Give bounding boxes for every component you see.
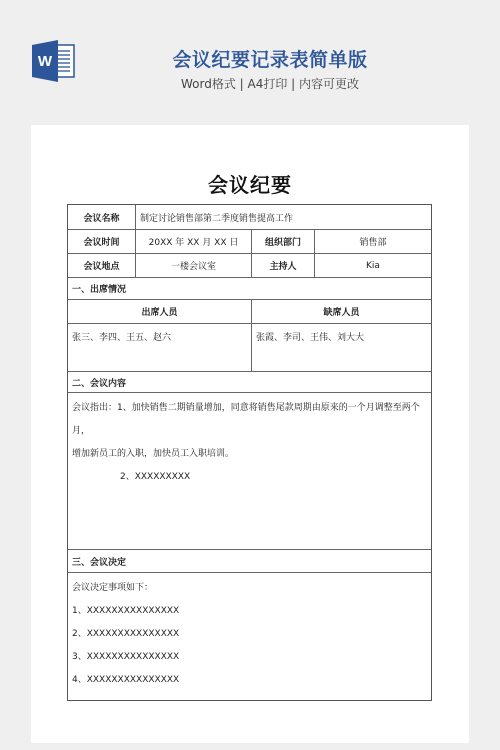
decision-item: 4、XXXXXXXXXXXXXXX	[72, 669, 427, 692]
present-label: 出席人员	[68, 300, 251, 323]
table-row: 出席人员 缺席人员	[68, 299, 431, 323]
meeting-decisions: 会议决定事项如下： 1、XXXXXXXXXXXXXXX 2、XXXXXXXXXX…	[68, 573, 431, 700]
minutes-table: 会议名称 制定讨论销售部第二季度销售提高工作 会议时间 20XX 年 XX 月 …	[67, 204, 432, 701]
meeting-place-label: 会议地点	[68, 254, 135, 277]
decision-item: 1、XXXXXXXXXXXXXXX	[72, 600, 427, 623]
meeting-name-value: 制定讨论销售部第二季度销售提高工作	[135, 205, 431, 229]
table-row: 会议名称 制定讨论销售部第二季度销售提高工作	[68, 205, 431, 229]
department-value: 销售部	[314, 230, 431, 253]
table-row: 会议地点 一楼会议室 主持人 Kia	[68, 253, 431, 277]
decision-item: 2、XXXXXXXXXXXXXXX	[72, 623, 427, 646]
meeting-time-value: 20XX 年 XX 月 XX 日	[135, 230, 251, 253]
content-line: 增加新员工的入职，加快员工入职培训。	[72, 443, 427, 466]
content-section-title: 二、会议内容	[68, 372, 431, 392]
section-header-row: 三、会议决定	[68, 549, 431, 572]
host-value: Kia	[314, 254, 431, 277]
word-icon: W	[32, 40, 76, 82]
meeting-place-value: 一楼会议室	[135, 254, 251, 277]
decisions-section-title: 三、会议决定	[68, 550, 431, 572]
document-page: 会议纪要 会议名称 制定讨论销售部第二季度销售提高工作 会议时间 20XX 年 …	[31, 125, 469, 743]
document-title: 会议纪要	[31, 169, 469, 198]
absent-value: 张霞、李司、王伟、刘大大	[251, 324, 431, 371]
svg-text:W: W	[38, 53, 53, 70]
attendance-section-title: 一、出席情况	[68, 278, 431, 299]
decision-item: 3、XXXXXXXXXXXXXXX	[72, 646, 427, 669]
host-label: 主持人	[251, 254, 314, 277]
present-value: 张三、李四、王五、赵六	[68, 324, 251, 371]
table-row: 会议时间 20XX 年 XX 月 XX 日 组织部门 销售部	[68, 229, 431, 253]
section-header-row: 一、出席情况	[68, 277, 431, 299]
header-title: 会议纪要记录表简单版	[170, 45, 370, 72]
meeting-content: 会议指出：1、加快销售二期销量增加，同意将销售尾款周期由原来的一个月调整至两个月…	[68, 393, 431, 549]
table-row: 会议指出：1、加快销售二期销量增加，同意将销售尾款周期由原来的一个月调整至两个月…	[68, 392, 431, 549]
table-row: 张三、李四、王五、赵六 张霞、李司、王伟、刘大大	[68, 323, 431, 371]
banner-header: W 会议纪要记录表简单版 Word格式 | A4打印 | 内容可更改	[0, 0, 500, 120]
meeting-time-label: 会议时间	[68, 230, 135, 253]
content-line: 会议指出：1、加快销售二期销量增加，同意将销售尾款周期由原来的一个月调整至两个月…	[72, 397, 427, 443]
content-line: 2、XXXXXXXXX	[72, 466, 427, 489]
department-label: 组织部门	[251, 230, 314, 253]
header-subtitle: Word格式 | A4打印 | 内容可更改	[170, 75, 370, 92]
absent-label: 缺席人员	[251, 300, 431, 323]
decisions-intro: 会议决定事项如下：	[72, 577, 427, 600]
section-header-row: 二、会议内容	[68, 371, 431, 392]
meeting-name-label: 会议名称	[68, 205, 135, 229]
table-row: 会议决定事项如下： 1、XXXXXXXXXXXXXXX 2、XXXXXXXXXX…	[68, 572, 431, 700]
